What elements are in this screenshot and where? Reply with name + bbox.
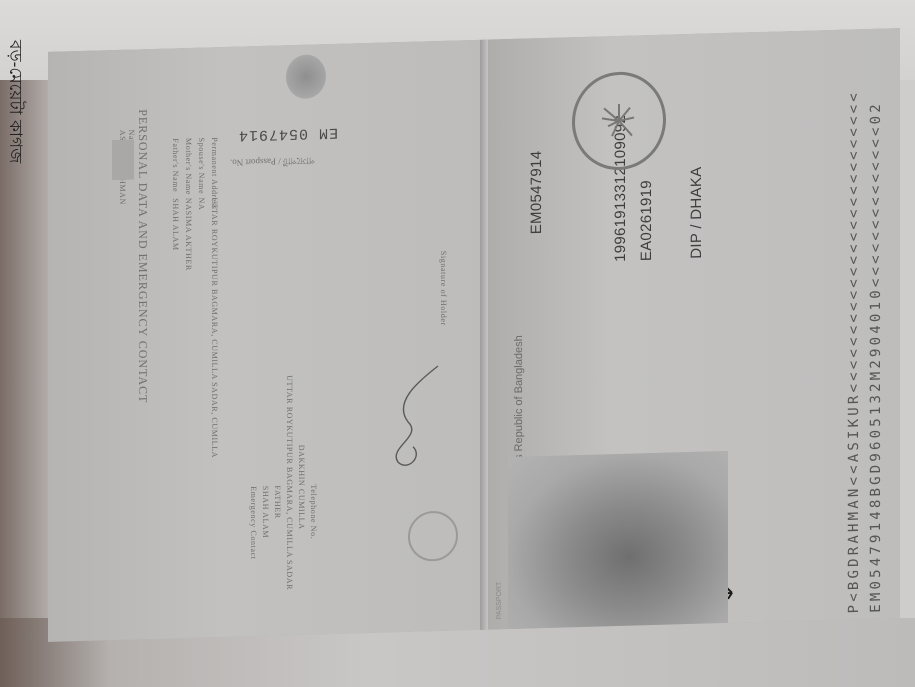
signature-caption: Signature of Holder	[439, 251, 448, 326]
emblem-icon	[286, 54, 326, 99]
emergency-address-2: DAKKHIN CUMILLA	[297, 445, 306, 530]
stamp-icon	[408, 510, 458, 561]
decorative-block	[112, 139, 134, 180]
emergency-name: SHAH ALAM	[261, 486, 270, 539]
previous-passport-number: EA0261919	[638, 180, 655, 262]
holder-photo	[508, 451, 728, 629]
mrz-line-2: EM05479148BGD9605132M2904010<<<<<<<<<<<<…	[868, 101, 884, 613]
permanent-address: UTTAR ROYKUTIPUR BAGMARA, CUMILLA SADAR,…	[210, 197, 219, 458]
issuing-authority: DIP / DHAKA	[688, 166, 705, 259]
passport-number: EM0547914	[528, 150, 545, 234]
page-label: PASSPORT	[496, 582, 503, 620]
seal-emblem-icon	[594, 95, 644, 146]
passport-photocopy: PERSONAL DATA AND EMERGENCY CONTACT Name…	[48, 28, 900, 642]
emergency-contact-heading: Emergency Contact	[249, 486, 258, 560]
government-seal-icon	[572, 71, 666, 172]
fathers-name: SHAH ALAM	[171, 198, 180, 251]
serial-caption: পাসপোর্ট / Passport No.	[230, 152, 315, 169]
mothers-name: NASIMA AKTHER	[184, 198, 193, 271]
emergency-address: UTTAR ROYKUTIPUR BAGMARA, CUMILLA SADAR	[285, 375, 294, 590]
personal-data-heading: PERSONAL DATA AND EMERGENCY CONTACT	[135, 109, 150, 404]
spouses-name-label: Spouse's Name	[197, 137, 206, 194]
fathers-name-label: Father's Name	[171, 138, 180, 192]
mrz-line-1: P<BGDRAHMAN<<ASIKUR<<<<<<<<<<<<<<<<<<<<<…	[846, 90, 862, 614]
signature-icon	[378, 361, 448, 483]
mothers-name-label: Mother's Name	[184, 138, 193, 195]
emergency-relationship: FATHER	[273, 485, 282, 518]
handwritten-note: বড়-মেয়েটা কাগজ	[0, 40, 28, 163]
spouses-name: NA	[197, 197, 206, 210]
personal-data-page: PERSONAL DATA AND EMERGENCY CONTACT Name…	[48, 40, 488, 642]
emergency-telephone: Telephone No.	[309, 484, 318, 539]
permanent-address-label: Permanent Address	[210, 137, 219, 209]
serial-number: EM 0547914	[238, 124, 338, 144]
